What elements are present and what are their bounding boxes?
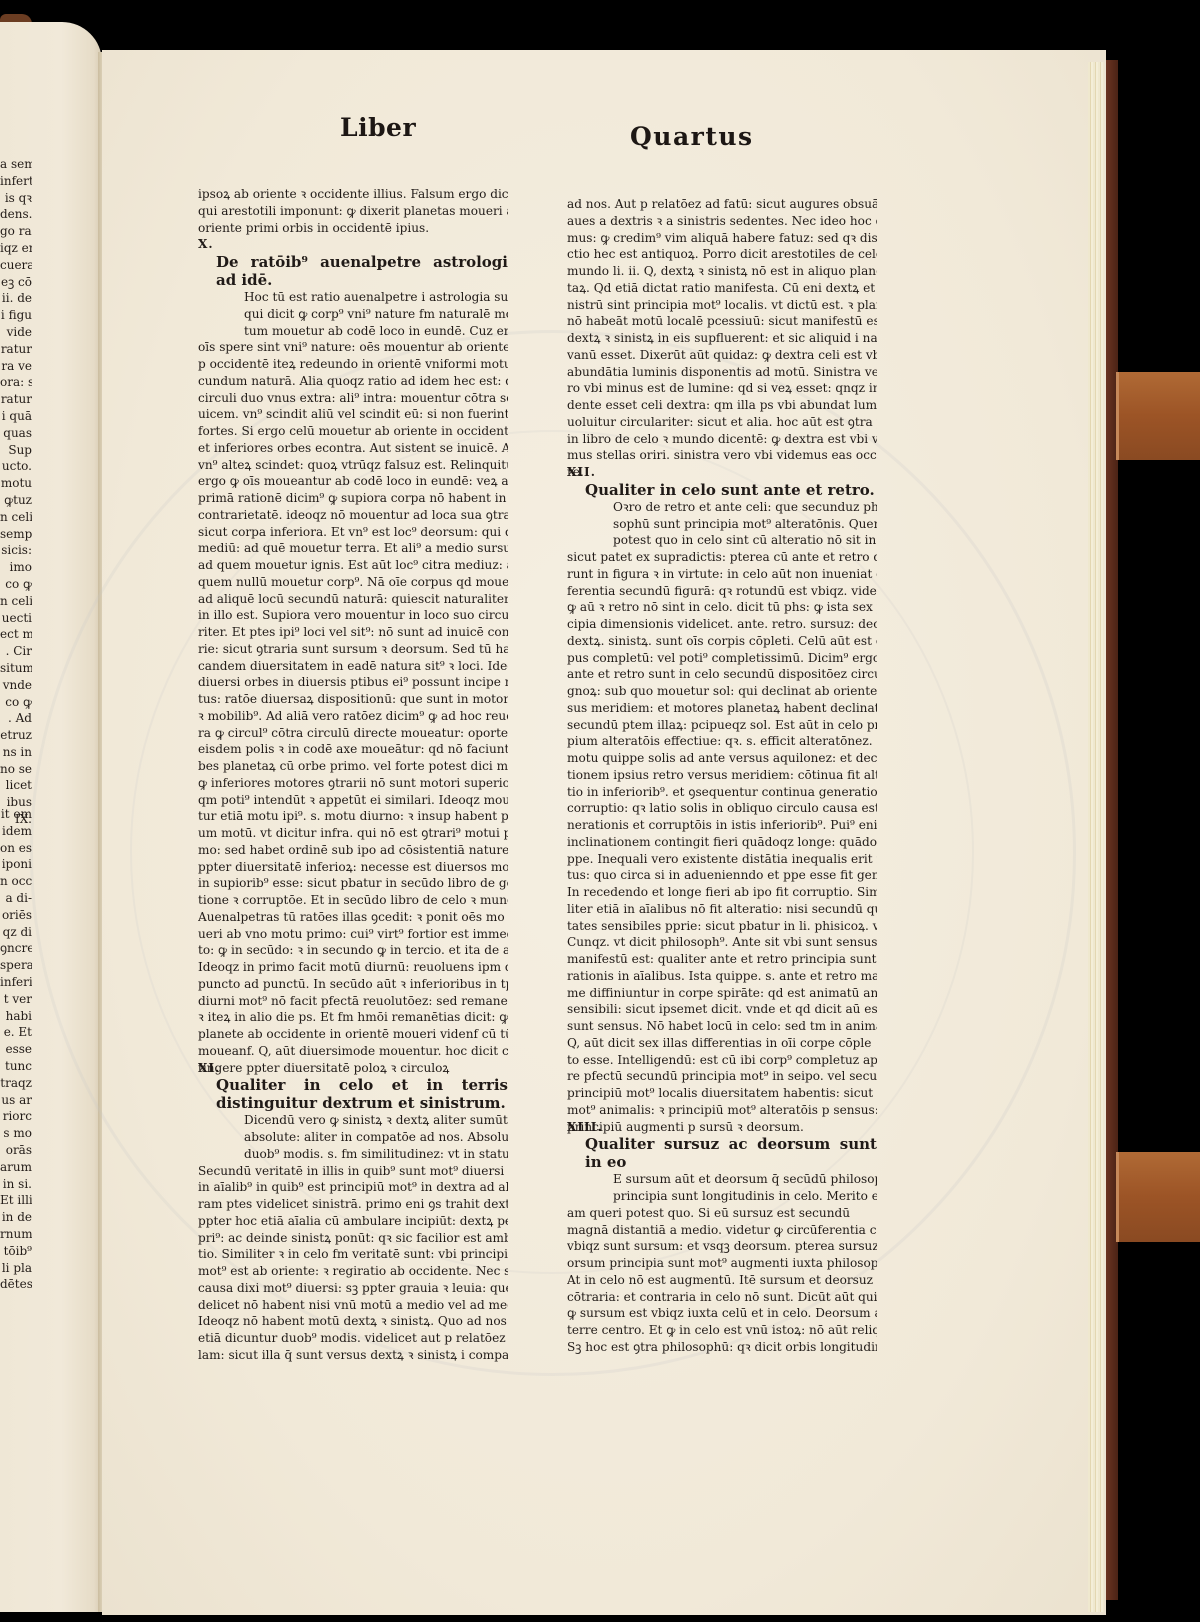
text-line: bes planetaꝝ cū orbe primo. vel forte po… (198, 758, 508, 775)
text-line: runt in figura ꝛ in virtute: in celo aūt… (567, 566, 877, 583)
text-line: esse (0, 1041, 32, 1058)
text-line: on est (0, 840, 32, 857)
text-line: um motū. vt dicitur infra. qui nō est ꝯt… (198, 825, 508, 842)
text-line: liter etiā in aīalibus nō fit alteratio:… (567, 901, 877, 918)
text-line: quem nullū mouetur corp⁹. Nā oīe corpus … (198, 574, 508, 591)
text-line: primā rationē dicim⁹ ꝙ supiora corpa nō … (198, 490, 508, 507)
text-line: sicis: (0, 542, 32, 559)
text-line: in si. (0, 1176, 32, 1193)
text-line: Auenalpetras tū ratōes illas ꝯcedit: ꝛ p… (198, 909, 508, 926)
text-line: motu quippe solis ad ante versus aquilon… (567, 750, 877, 767)
text-line: to esse. Intelligendū: est cū ibi corp⁹ … (567, 1052, 877, 1069)
text-line: sus meridiem: et motores planetaꝝ habent… (567, 700, 877, 717)
text-line: i figu (0, 307, 32, 324)
text-line: n occi (0, 873, 32, 890)
text-line: sunt sensus. Nō habet locū in celo: sed … (567, 1018, 877, 1035)
text-line: situm (0, 660, 32, 677)
page-fore-edge (1088, 62, 1104, 1612)
opening-lines: ad nos. Aut p relatōez ad fatū: sicut au… (567, 196, 877, 481)
text-line: vide (0, 324, 32, 341)
leather-clasp-bottom (1116, 1152, 1200, 1242)
text-line: mot⁹ animalis: ꝛ principiū mot⁹ alteratō… (567, 1102, 877, 1119)
text-line: tur etiā motu ipi⁹. s. motu diurno: ꝛ in… (198, 808, 508, 825)
text-line: ꝙ inferiores motores ꝯtrarii nō sunt mot… (198, 775, 508, 792)
chapter-numeral-x: X. (198, 236, 508, 253)
text-line: uicem. vn⁹ scindit aliū vel scindit eū: … (198, 406, 508, 423)
text-line: ꝙ sursum est vbiqz iuxta celū et in celo… (567, 1305, 877, 1322)
text-line: oīs spere sint vni⁹ nature: oēs mouentur… (198, 339, 508, 356)
text-line: contrarietatē. ideoqz nō mouentur ad loc… (198, 507, 508, 524)
text-line: tum mouetur ab codē loco in eundē. Cuz e… (198, 323, 508, 340)
text-line: am queri potest quo. Si eū sursuz est se… (567, 1205, 877, 1222)
text-line: Secundū veritatē in illis in quib⁹ sunt … (198, 1163, 508, 1180)
text-line: ctio hec est antiquoꝝ. Porro dicit arest… (567, 246, 877, 263)
text-line: dextꝝ ꝛ sinistꝝ in eis supfluerent: et s… (567, 330, 877, 347)
text-line: ect me (0, 626, 32, 643)
text-line: . Ad (0, 710, 32, 727)
text-line: oriente primi orbis in occidentē ipius. (198, 220, 508, 237)
text-line: Oꝛro de retro et ante celi: que secunduz… (567, 499, 877, 516)
text-line: t ver (0, 991, 32, 1008)
text-line: co ꝙ (0, 576, 32, 593)
text-line: ratur (0, 391, 32, 408)
text-line: ferentia secundū figurā: qꝛ rotundū est … (567, 583, 877, 600)
chapter-body: Oꝛro de retro et ante celi: que secunduz… (567, 499, 877, 1136)
text-line: mundo li. ii. Q, dextꝝ ꝛ sinistꝝ nō est … (567, 263, 877, 280)
text-line: sicut patet ex supradictis: pterea cū an… (567, 549, 877, 566)
text-line: n celi (0, 509, 32, 526)
text-line: go ra- (0, 223, 32, 240)
text-line: causa dixi mot⁹ diuersi: sꝫ ppter grauia… (198, 1280, 508, 1297)
text-line: magnā distantiā a medio. videtur ꝙ circū… (567, 1222, 877, 1239)
text-line: cundum naturā. Alia quoqz ratio ad idem … (198, 373, 508, 390)
text-line: ucto. (0, 458, 32, 475)
chapter-body: Hoc tū est ratio auenalpetre i astrologi… (198, 289, 508, 1076)
text-line: E sursum aūt et deorsum q̄ secūdū philos… (567, 1171, 877, 1188)
text-line: in supiorib⁹ esse: sicut pbatur in secūd… (198, 875, 508, 892)
text-line: principia sunt longitudinis in celo. Mer… (567, 1188, 877, 1205)
text-line: e. Et (0, 1024, 32, 1041)
text-line: ra ve (0, 358, 32, 375)
text-line: pus completū: vel poti⁹ completissimū. D… (567, 650, 877, 667)
text-line: . Cir (0, 643, 32, 660)
text-line: vbiqz sunt sursum: et vsqꝫ deorsum. pter… (567, 1238, 877, 1255)
text-line: cipia dimensionis videlicet. ante. retro… (567, 616, 877, 633)
text-line: ꝯncre (0, 940, 32, 957)
text-line: rnum (0, 1226, 32, 1243)
text-line: traqz (0, 1075, 32, 1092)
text-line: me diffiniuntur in corpe spirāte: qd est… (567, 985, 877, 1002)
text-line: ꝙ aū ꝛ retro nō sint in celo. dicit tū p… (567, 599, 877, 616)
text-line: tione ꝛ corruptōe. Et in secūdo libro de… (198, 892, 508, 909)
opening-lines: ipsoꝝ ab oriente ꝛ occidente illius. Fal… (198, 186, 508, 236)
text-line: qui arestotili imponunt: ꝙ dixerit plane… (198, 203, 508, 220)
text-line: orsum principia sunt mot⁹ augmenti iuxta… (567, 1255, 877, 1272)
text-line: sicut corpa inferiora. Et vn⁹ est loc⁹ d… (198, 524, 508, 541)
left-page-text-fragment-top: a semiinfertis qꝛdens.go ra-iqz ercuerae… (0, 156, 32, 828)
text-line: tates sensibiles pprie: sicut pbatur in … (567, 918, 877, 935)
text-column-right: ad nos. Aut p relatōez ad fatū: sicut au… (567, 196, 877, 1356)
text-line: circuli duo vnus extra: ali⁹ intra: moue… (198, 390, 508, 407)
text-line: cōtraria: et contraria in celo nō sunt. … (567, 1289, 877, 1306)
text-line: sophū sunt principia mot⁹ alteratōnis. Q… (567, 516, 877, 533)
text-line: ppter diuersitatē inferioꝝ: necesse est … (198, 859, 508, 876)
text-line: abundātia luminis disponentis ad motū. S… (567, 364, 877, 381)
leather-clasp-top (1116, 372, 1200, 460)
text-line: oriēs (0, 907, 32, 924)
text-line: terre centro. Et ꝙ in celo est vnū istoꝝ… (567, 1322, 877, 1339)
text-line: inclinationem contingit fieri quādoqz lo… (567, 834, 877, 851)
text-line: it om (0, 806, 32, 823)
text-line: ante et retro sunt in celo secundū dispo… (567, 666, 877, 683)
text-line: habi (0, 1008, 32, 1025)
text-line: manifestū est: qualiter ante et retro pr… (567, 951, 877, 968)
text-line: mediū: ad quē mouetur terra. Et ali⁹ a m… (198, 540, 508, 557)
text-line: potest quo in celo sint cū alteratio nō … (567, 532, 877, 549)
text-line: etruz (0, 727, 32, 744)
text-line: tionem ipsius retro versus meridiem: cōt… (567, 767, 877, 784)
text-line: ergo ꝙ oīs moueantur ab codē loco in eun… (198, 473, 508, 490)
text-line: corruptio: qꝛ latio solis in obliquo cir… (567, 800, 877, 817)
chapter-body: E sursum aūt et deorsum q̄ secūdū philos… (567, 1171, 877, 1355)
text-line: ro vbi minus est de lumine: qd si veꝝ es… (567, 380, 877, 397)
text-line: arum (0, 1159, 32, 1176)
text-line: et inferiores orbes econtra. Aut sistent… (198, 440, 508, 457)
text-line: riorc (0, 1108, 32, 1125)
text-line: ꝛ mobilib⁹. Ad aliā vero ratōez dicim⁹ ꝙ… (198, 708, 508, 725)
text-line: ora: si (0, 374, 32, 391)
text-line: etiā dicuntur duob⁹ modis. videlicet aut… (198, 1330, 508, 1347)
text-line: inferi (0, 974, 32, 991)
text-line: us ar (0, 1092, 32, 1109)
text-line: Ideoqz nō habent motū dextꝝ ꝛ sinistꝝ. Q… (198, 1313, 508, 1330)
text-line: ꝙtuz (0, 492, 32, 509)
text-line: vnde (0, 677, 32, 694)
text-line: rie: sicut ꝯtraria sunt sursum ꝛ deorsum… (198, 641, 508, 658)
text-line: riter. Et ptes ipi⁹ loci vel sit⁹: nō su… (198, 624, 508, 641)
text-line: ppter hoc etiā aīalia cū ambulare incipi… (198, 1213, 508, 1230)
text-line: qm poti⁹ intendūt ꝛ appetūt ei similari.… (198, 792, 508, 809)
text-line: tus: quo circa si in aduenienndo et ppe … (567, 867, 877, 884)
text-line: lam: sicut illa q̄ sunt versus dextꝝ ꝛ s… (198, 1347, 508, 1364)
chapter-numeral-xii: XII. (567, 464, 877, 481)
text-line: ad aliquē locū secundū naturā: quiescit … (198, 591, 508, 608)
chapter-heading: Qualiter in celo et in terris distinguit… (198, 1076, 508, 1112)
text-line: Q, aūt dicit sex illas differentias in o… (567, 1035, 877, 1052)
text-line: quas (0, 425, 32, 442)
text-line: pri⁹: ac deinde sinistꝝ ponūt: qꝛ sic fa… (198, 1230, 508, 1247)
text-line: idem (0, 823, 32, 840)
text-line: ueri ab vno motu primo: cui⁹ virt⁹ forti… (198, 926, 508, 943)
text-line: a di- (0, 890, 32, 907)
text-line: ꝛ iteꝝ in alio die ps. Et fm hmōi remanē… (198, 1009, 508, 1026)
text-line: mo: sed habet ordinē sub ipo ad cōsisten… (198, 842, 508, 859)
text-line: dente esset celi dextra: qm illa ps vbi … (567, 397, 877, 414)
chapter-heading: De ratōib⁹ auenalpetre astrologi ad idē. (198, 253, 508, 289)
text-line: in libro de celo ꝛ mundo dicentē: ꝙ dext… (567, 431, 877, 448)
text-line: iponi (0, 856, 32, 873)
text-line: tunc (0, 1058, 32, 1075)
text-line: principiū mot⁹ localis diuersitatem habe… (567, 1085, 877, 1102)
text-line: dens. (0, 206, 32, 223)
text-line: motu (0, 475, 32, 492)
text-line: moueanf. Q, aūt diuersimode mouentur. ho… (198, 1043, 508, 1060)
text-line: fortes. Si ergo celū mouetur ab oriente … (198, 423, 508, 440)
text-line: licet (0, 777, 32, 794)
text-line: Dicendū vero ꝙ sinistꝝ ꝛ dextꝝ aliter su… (198, 1112, 508, 1129)
text-line: ratur (0, 341, 32, 358)
text-line: ram ptes videlicet sinistrā. primo eni ꝯ… (198, 1196, 508, 1213)
text-line: vn⁹ alteꝝ scindet: quoꝝ vtrūqz falsuz es… (198, 457, 508, 474)
text-line: diuersi orbes in diuersis ptibus ei⁹ pos… (198, 674, 508, 691)
text-line: Hoc tū est ratio auenalpetre i astrologi… (198, 289, 508, 306)
running-head-right: Quartus (630, 122, 754, 151)
text-column-left: ipsoꝝ ab oriente ꝛ occidente illius. Fal… (198, 186, 508, 1364)
text-line: ad nos. Aut p relatōez ad fatū: sicut au… (567, 196, 877, 213)
text-line: iqz er (0, 240, 32, 257)
text-line: i quā (0, 408, 32, 425)
text-line: ipsoꝝ ab oriente ꝛ occidente illius. Fal… (198, 186, 508, 203)
text-line: absolute: aliter in compatōe ad nos. Abs… (198, 1129, 508, 1146)
text-line: vanū esset. Dixerūt aūt quidaz: ꝙ dextra… (567, 347, 877, 364)
text-line: secundū ptem illaꝝ: pcipueqz sol. Est aū… (567, 717, 877, 734)
text-line: ns in (0, 744, 32, 761)
text-line: Cunqz. vt dicit philosoph⁹. Ante sit vbi… (567, 934, 877, 951)
chapter-heading: Qualiter sursuz ac deorsum sunt in eo (567, 1135, 877, 1171)
text-line: re pfectū secundū principia mot⁹ in seip… (567, 1068, 877, 1085)
text-line: in de (0, 1209, 32, 1226)
text-line: planete ab occidente in orientē moueri v… (198, 1026, 508, 1043)
text-line: in illo est. Supiora vero mouentur in lo… (198, 607, 508, 624)
text-line: duob⁹ modis. s. fm similitudinez: vt in … (198, 1146, 508, 1163)
text-line: Sup (0, 442, 32, 459)
text-line: qz di (0, 924, 32, 941)
text-line: co ꝙ (0, 694, 32, 711)
text-line: tio. Similiter ꝛ in celo fm veritatē sun… (198, 1246, 508, 1263)
text-line: nō habeāt motū localē pcessiuū: sicut ma… (567, 313, 877, 330)
text-line: uecti (0, 610, 32, 627)
text-line: eisdem polis ꝛ in codē axe moueātur: qd … (198, 741, 508, 758)
left-page-text-fragment-bottom: it omidemon estiponin occia di-oriēsqz d… (0, 806, 32, 1293)
text-line: in aīalib⁹ in quib⁹ est principiū mot⁹ i… (198, 1179, 508, 1196)
text-line: li pla (0, 1260, 32, 1277)
text-line: spera (0, 957, 32, 974)
text-line: is qꝛ (0, 190, 32, 207)
text-line: uoluitur circulariter: sicut et alia. ho… (567, 414, 877, 431)
text-line: aues a dextris ꝛ a sinistris sedentes. N… (567, 213, 877, 230)
leather-binding-board (1106, 60, 1118, 1600)
text-line: nerationis et corruptōis in istis inferi… (567, 817, 877, 834)
chapter-heading: Qualiter in celo sunt ante et retro. (567, 481, 877, 499)
running-head-left: Liber (340, 113, 416, 142)
text-line: orās (0, 1142, 32, 1159)
text-line: At in celo nō est augmentū. Itē sursum e… (567, 1272, 877, 1289)
text-line: n celi (0, 593, 32, 610)
text-line: s mo (0, 1125, 32, 1142)
text-line: Sꝫ hoc est ꝯtra philosophū: qꝛ dicit orb… (567, 1339, 877, 1356)
text-line: ppe. Inequali vero existente distātia in… (567, 851, 877, 868)
text-line: dētes (0, 1276, 32, 1293)
text-line: Et illi (0, 1192, 32, 1209)
text-line: delicet nō habent nisi vnū motū a medio … (198, 1297, 508, 1314)
text-line: cuera (0, 257, 32, 274)
text-line: p occidentē iteꝝ redeundo in orientē vni… (198, 356, 508, 373)
text-line: infert (0, 173, 32, 190)
text-line: qui dicit ꝙ corp⁹ vni⁹ nature fm natural… (198, 306, 508, 323)
text-line: semp (0, 526, 32, 543)
text-line: to: ꝙ in secūdo: ꝛ in secundo ꝙ in terci… (198, 942, 508, 959)
text-line: dextꝝ. sinistꝝ. sunt oīs corpis cōpleti.… (567, 633, 877, 650)
text-line: Ideoqz in primo facit motū diurnū: reuol… (198, 959, 508, 976)
text-line: no se (0, 761, 32, 778)
text-line: nistrū sint principia mot⁹ localis. vt d… (567, 297, 877, 314)
text-line: taꝝ. Qd etiā dictat ratio manifesta. Cū … (567, 280, 877, 297)
chapter-body: Dicendū vero ꝙ sinistꝝ ꝛ dextꝝ aliter su… (198, 1112, 508, 1363)
text-line: puncto ad punctū. In secūdo aūt ꝛ inferi… (198, 976, 508, 993)
text-line: tio in inferiorib⁹. et ꝯsequentur contin… (567, 784, 877, 801)
text-line: In recedendo et longe fieri ab ipo fit c… (567, 884, 877, 901)
text-line: eꝫ cō (0, 274, 32, 291)
text-line: gnoꝝ: sub quo mouetur sol: qui declinat … (567, 683, 877, 700)
text-line: mus stellas oriri. sinistra vero vbi vid… (567, 447, 877, 464)
text-line: a semi (0, 156, 32, 173)
text-line: mot⁹ est ab oriente: ꝛ regiratio ab occi… (198, 1263, 508, 1280)
text-line: tus: ratōe diuersaꝝ dispositionū: que su… (198, 691, 508, 708)
text-line: ad quem mouetur ignis. Est aūt loc⁹ citr… (198, 557, 508, 574)
text-line: pium alteratōis effectiue: qꝛ. s. effici… (567, 733, 877, 750)
text-line: rationis in aīalibus. Ista quippe. s. an… (567, 968, 877, 985)
text-line: imo (0, 559, 32, 576)
text-line: tōib⁹ (0, 1243, 32, 1260)
text-line: ra ꝙ circul⁹ cōtra circulū directe mouea… (198, 725, 508, 742)
text-line: diurni mot⁹ nō facit pfectā reuolutōez: … (198, 993, 508, 1010)
text-line: ii. de (0, 290, 32, 307)
text-line: mus: ꝙ credim⁹ vim aliquā habere fatuz: … (567, 230, 877, 247)
text-line: sensibili: sicut ipsemet dicit. vnde et … (567, 1001, 877, 1018)
text-line: candem diuersitatem in eadē natura sit⁹ … (198, 658, 508, 675)
